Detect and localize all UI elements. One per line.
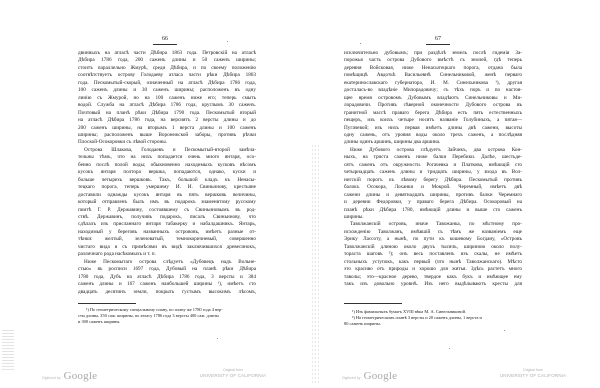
text-line: водой. Служба на атласѣ Дѣбира 1786 года… [78,102,256,109]
text-line: ныхъ, на триста саженъ ниже балки Переби… [344,154,522,161]
text-line: соотвѣтствуетъ острову Голодаеву атласа … [78,72,256,79]
text-line: четырнадцать саженъ длины и тридцать шир… [344,169,522,176]
text-line: Эрику Лассоту, а нынѣ, по пути къ кошево… [344,236,522,243]
text-line: Таволжанскій островъ, иначе Тавожанка, п… [344,221,522,228]
scan-speck [227,41,228,42]
text-line: тѣнки: желтый, зеленоватый, темнокоричне… [78,236,256,243]
text-line: деревня Войсковая, ниже Ненасытецкаго по… [344,65,522,72]
text-line: чистаго вида и съ примѣсями въ видѣ закл… [78,244,256,251]
text-line: 100 саженъ длины и 30 саженъ ширины; рас… [78,87,256,94]
text-line: года. Пескомытый-скорый, означенный на а… [78,80,256,87]
text-line: и деревни Федоровки, у праваго берега Дѣ… [344,199,522,206]
text-line: сажени длины и девятнадцать ширины, прот… [344,192,522,199]
scan-speck [217,338,218,339]
text-line: длины одинъ аршинъ, ширины два аршина. [344,139,522,146]
scan-speck [360,43,361,44]
digitized-by-label: Digitized by [342,376,361,380]
footnote-line: и 300 саженъ ширины. [78,319,256,325]
institution-name: UNIVERSITY OF CALIFORNIA [188,373,278,378]
text-line: Плоской-Осокоровки съ лѣвой стороны. [78,139,256,146]
text-line: линію съ Жмурой, но на 100 саженъ ниже е… [78,95,256,102]
text-line: больше четырехъ вершковъ. Такъ, большой … [78,177,256,184]
right-page: 67 исключительно дубовымъ; при раздѣлѣ з… [300,0,600,388]
text-line: пиитѣ Г. Р. Державину, состоявшему съ Св… [78,207,256,214]
text-line: помѣщицѣ Авдотьѣ Васильевнѣ Синельниково… [344,72,522,79]
institution-name: UNIVERSITY OF CALIFORNIA [488,373,578,378]
text-line: гранитной массѣ праваго берега Дѣбира ес… [344,110,522,117]
text-line: тельны тѣмъ, что на нихъ попадается очен… [78,154,256,161]
scan-speck [449,348,450,349]
text-line: саженъ длины и 167 саженъ наибольшей шир… [78,281,256,288]
digitized-by-google: Digitized by Google [342,370,397,382]
text-line: ствѣ. Державинъ, получивъ подарокъ, писа… [78,214,256,221]
original-from: Original from UNIVERSITY OF CALIFORNIA [188,368,278,378]
text-line: стольныхъ уступокъ, какъ первый (что нын… [344,259,522,266]
left-page: 66 двинныхъ на атласѣ части Дѣбира 1863 … [0,0,300,388]
page-number-rule [426,44,450,45]
text-line: екатеринославскаго губернатора, И. М. Си… [344,80,522,87]
text-line: Дѣбира 1786 года, 200 саженъ длины и 50 … [78,57,256,64]
footnote-rule [78,303,136,304]
digitized-by-google: Digitized by Google [42,370,97,382]
text-line: на атласѣ Дѣбира 1786 года, на версиятъ … [78,117,256,124]
text-line: лорадовичи. Противъ сѣверной оконечности… [344,102,522,109]
text-line: находимый у береговъ названныхъ островов… [78,229,256,236]
footnotes: ¹) Изъ фамильныхъ бумагъ XVIII вѣка М. А… [344,309,522,327]
text-line: 1780 года, Дубъ на атласѣ Дѣбира 1786 го… [78,274,256,281]
text-line: Ниже Дубового острова слѣдуетъ Зайчикъ, … [344,147,522,154]
text-line: ширины; расположенъ выше Воронежской заб… [78,132,256,139]
text-line: стоитъ параллельно Жмурѣ, среди Дѣбира, … [78,65,256,72]
text-line: пещеръ, изъ коихъ четыре носятъ названіе… [344,117,522,124]
text-line: сдѣлалъ изъ присланнаго янтаря табакерку… [78,221,256,228]
page-number: 66 [155,36,175,42]
page-number: 67 [428,36,448,42]
text-line: Ниже Пескомытаго острова слѣдуетъ «Дубов… [78,259,256,266]
text-line: исхожденію Таволжанъ, имѣвшій съ тѣмъ же… [344,229,522,236]
text-line: двинныхъ на атласѣ части Дѣбира 1863 год… [78,50,256,57]
text-line: Острова Шлакова, Голодаевъ и Пескомытый-… [78,147,256,154]
text-line: стью» въ росписи 1697 года, Дубовый на п… [78,266,256,273]
original-from: Original from UNIVERSITY OF CALIFORNIA [488,368,578,378]
text-line: порожья часть острова Дубового вмѣстѣ съ… [344,57,522,64]
text-line: бенно послѣ полой воды; обыкновенно нахо… [78,162,256,169]
text-line: исключительно дубовымъ; при раздѣлѣ земе… [344,50,522,57]
footnote-rule [344,303,402,304]
text-line: тецкаго порога, теперь умершему И. И. Св… [78,184,256,191]
text-line: щее время островомъ Дубовымъ владѣютъ Си… [344,95,522,102]
text-line: различнаго рода насѣкомыхъ и т. п. [78,251,256,258]
text-line: досталась-во владѣніе Милорадовичу; съ т… [344,87,522,94]
digitized-by-label: Digitized by [42,376,61,380]
text-line: ширины. [344,214,522,221]
text-line: Пугачевой; изъ нихъ первая имѣетъ длины … [344,125,522,132]
text-line: балокъ Осокора, Лоханки и Мокрой. Черемн… [344,184,522,191]
text-line: такъ изъ довольно уровнѣ. Изъ него выдѣл… [344,281,522,288]
scan-speck [504,330,505,331]
text-line: Почтовый на планѣ рѣки Дѣбира 1790 года.… [78,110,256,117]
page-number-rule [153,44,177,45]
footnote-line: 80 саженъ ширины. [344,321,522,327]
text-line: нигскій порогъ къ лѣвому берегу Дѣбира. … [344,177,522,184]
footnotes: ¹) По геометрическому спеціальному плану… [78,307,256,325]
text-line: это красиво отъ природы и хорошо для жит… [344,266,522,273]
body-text: исключительно дубовымъ; при раздѣлѣ земе… [344,50,522,289]
text-line: тораста шаговъ ²); онъ весь поставленъ и… [344,251,522,258]
text-line: 200 саженъ ширины, на вторымъ 1 верста д… [78,125,256,132]
text-line: кусокъ янтаря полтора вершка, попадаются… [78,169,256,176]
text-line: таволы; это—красное дерево, твердое какъ… [344,274,522,281]
text-line: двадцать десятинъ земли, покрыть густымъ… [78,289,256,296]
text-line: доставили однажды кусокъ янтаря въ пять … [78,192,256,199]
text-line: который отправленъ былъ имъ въ подарокъ … [78,199,256,206]
text-line: сятъ саженъ отъ окружности. Рогачевка и … [344,162,522,169]
text-line: планѣ рѣки Дѣбира 1780, имѣющій длины и … [344,207,522,214]
text-line: одну сажень, отъ уровня воды около трехъ… [344,132,522,139]
google-logo: Google [64,370,98,382]
body-text: двинныхъ на атласѣ части Дѣбира 1863 год… [78,50,256,296]
text-line: Таволжанскій длиною около двухъ тысячъ, … [344,244,522,251]
google-logo: Google [364,370,398,382]
